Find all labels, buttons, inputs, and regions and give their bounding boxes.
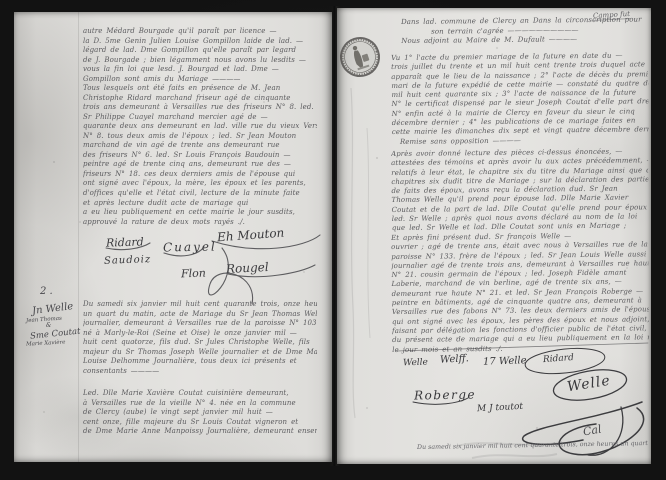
right-page: Campo fut Dans lad. commune de Clercy an… <box>337 8 651 464</box>
handwriting-line: Du samedi six janvier mil huit cent quar… <box>83 300 317 310</box>
left-paragraph-3: Du samedi six janvier mil huit cent quar… <box>83 300 317 376</box>
handwriting-line: N° 8. tous deux amis de l'époux ; led. S… <box>83 132 317 142</box>
margin-note: 2 . Jn Welle Jean Thomas & Sme Coutat Ma… <box>26 286 88 346</box>
signature-saudoiz: Saudoiz <box>104 254 152 267</box>
right-paragraph-3: Et après fini présent dud. Sr françois W… <box>391 231 649 355</box>
left-page: autre Médard Bourgade qu'il paraît par l… <box>14 12 332 462</box>
signature-ridard-right: Ridard <box>543 353 574 365</box>
closing-date-line: Du samedi six janvier mil huit cent quar… <box>417 440 649 451</box>
handwriting-line: friseurs N° 18. ces deux derniers amis d… <box>83 170 317 180</box>
handwriting-line: Gompillon sont amis du Mariage ———— <box>83 75 317 85</box>
left-paragraph-4: Led. Dlle Marie Xavière Coutat cuisinièr… <box>83 389 317 437</box>
right-paragraph-2: Après avoir donné lecture des pièces ci-… <box>391 147 649 233</box>
handwriting-line: peintre agé de trente cinq ans, demeuran… <box>83 160 317 170</box>
handwriting-line: un quart du matin, acte de Mariage du Sr… <box>83 310 317 320</box>
left-paragraph-2: Tous lesquels ont été faits en présence … <box>83 84 317 227</box>
margin-crease-line <box>78 12 79 462</box>
signature-welle-large: Welle <box>566 373 612 396</box>
handwriting-line: Louise Delhomme Journalière, tous deux i… <box>83 357 317 367</box>
handwriting-line: cent onze, fille majeure du Sr Louis Cou… <box>83 418 317 428</box>
signature-flon: Flon <box>181 267 206 281</box>
handwriting-line: Nous adjoint au Maire de M. Dufault ———— <box>401 34 649 46</box>
handwriting-line: et après lecture dudit acte de mariage q… <box>83 199 317 209</box>
handwriting-line: Remise sans opposition ———— <box>392 135 649 147</box>
handwriting-line: de Dme Marie Anne Manpoissy Journalière,… <box>83 427 317 437</box>
handwriting-line: marchand de vin agé de trente ans demeur… <box>83 141 317 151</box>
handwriting-line: autre Médard Bourgade qu'il paraît par l… <box>83 27 317 37</box>
handwriting-line: trois ans demeurant à Versailles rue des… <box>83 103 317 113</box>
signature-welle-3: 17 Welle <box>483 355 527 368</box>
handwriting-line: ont signé avec l'époux, la mère, les épo… <box>83 179 317 189</box>
stamp-icon <box>338 34 382 80</box>
signature-roberge: Roberge <box>414 387 476 402</box>
handwriting-line: Tous lesquels ont été faits en présence … <box>83 84 317 94</box>
handwriting-line: à Versailles rue de la vieille N° 4. née… <box>83 399 317 409</box>
right-opening-lines: Dans lad. commune de Clercy an Dans la c… <box>401 15 649 46</box>
signature-welle-1: Welle <box>403 358 428 369</box>
handwriting-line: la D. 5me Genin Julien Louise Gompillon … <box>83 37 317 47</box>
signature-welle-2: Welff. <box>440 353 469 365</box>
signature-cuayel: Cuayel <box>163 240 217 255</box>
handwriting-line: légard de lad. Dme Gompillon qu'elle par… <box>83 46 317 56</box>
handwriting-line: né à Marly-le-Roi (Seine et Oise) le onz… <box>83 329 317 339</box>
handwriting-line: le jour mois et an susdits ./. <box>392 343 649 355</box>
left-paragraph-1: autre Médard Bourgade qu'il paraît par l… <box>83 27 317 84</box>
handwriting-line: journalier, demeurant à Versailles rue d… <box>83 319 317 329</box>
signature-toutot: M J toutot <box>477 402 523 414</box>
handwriting-line: des friseurs N° 6. led. Sr Louis Françoi… <box>83 151 317 161</box>
signature-flourish-initials: Cal <box>582 422 602 438</box>
signature-mouton: Eh Mouton <box>217 226 285 245</box>
handwriting-line: quarante deux ans demeurant en lad. vill… <box>83 122 317 132</box>
margin-note-number: 2 . <box>26 286 88 297</box>
handwriting-line: d'offices qu'elle et l'état civil, lectu… <box>83 189 317 199</box>
handwriting-line: majeur du Sr Thomas Joseph Welle journal… <box>83 348 317 358</box>
handwriting-line: de J. Bourgade ; bien légamment nous avo… <box>83 56 317 66</box>
grand-flourish <box>523 402 642 444</box>
handwriting-line: de Clercy (aube) le vingt sept janvier m… <box>83 408 317 418</box>
signature-rougel: Rougel <box>226 260 269 276</box>
handwriting-line: consentants ———— <box>83 367 317 377</box>
handwriting-line: a eu lieu publiquement en cette mairie l… <box>83 208 317 218</box>
handwriting-line: huit cent quatorze, fils dud. Sr Jules C… <box>83 338 317 348</box>
handwriting-line: Led. Dlle Marie Xavière Coutat cuisinièr… <box>83 389 317 399</box>
handwriting-line: Sr Philippe Cuayel marchand mercier agé … <box>83 113 317 123</box>
handwriting-line: vous la fin loi que lesd. J. Bourgad et … <box>83 65 317 75</box>
right-paragraph-1: Vu 1° l'acte du premier mariage de la fu… <box>391 51 649 147</box>
scanned-register-spread: autre Médard Bourgade qu'il paraît par l… <box>0 0 666 480</box>
flourish-path <box>208 248 252 304</box>
handwriting-line: Christophe Ridard marchand friseur agé d… <box>83 94 317 104</box>
signature-ridard: Ridard <box>106 235 144 249</box>
